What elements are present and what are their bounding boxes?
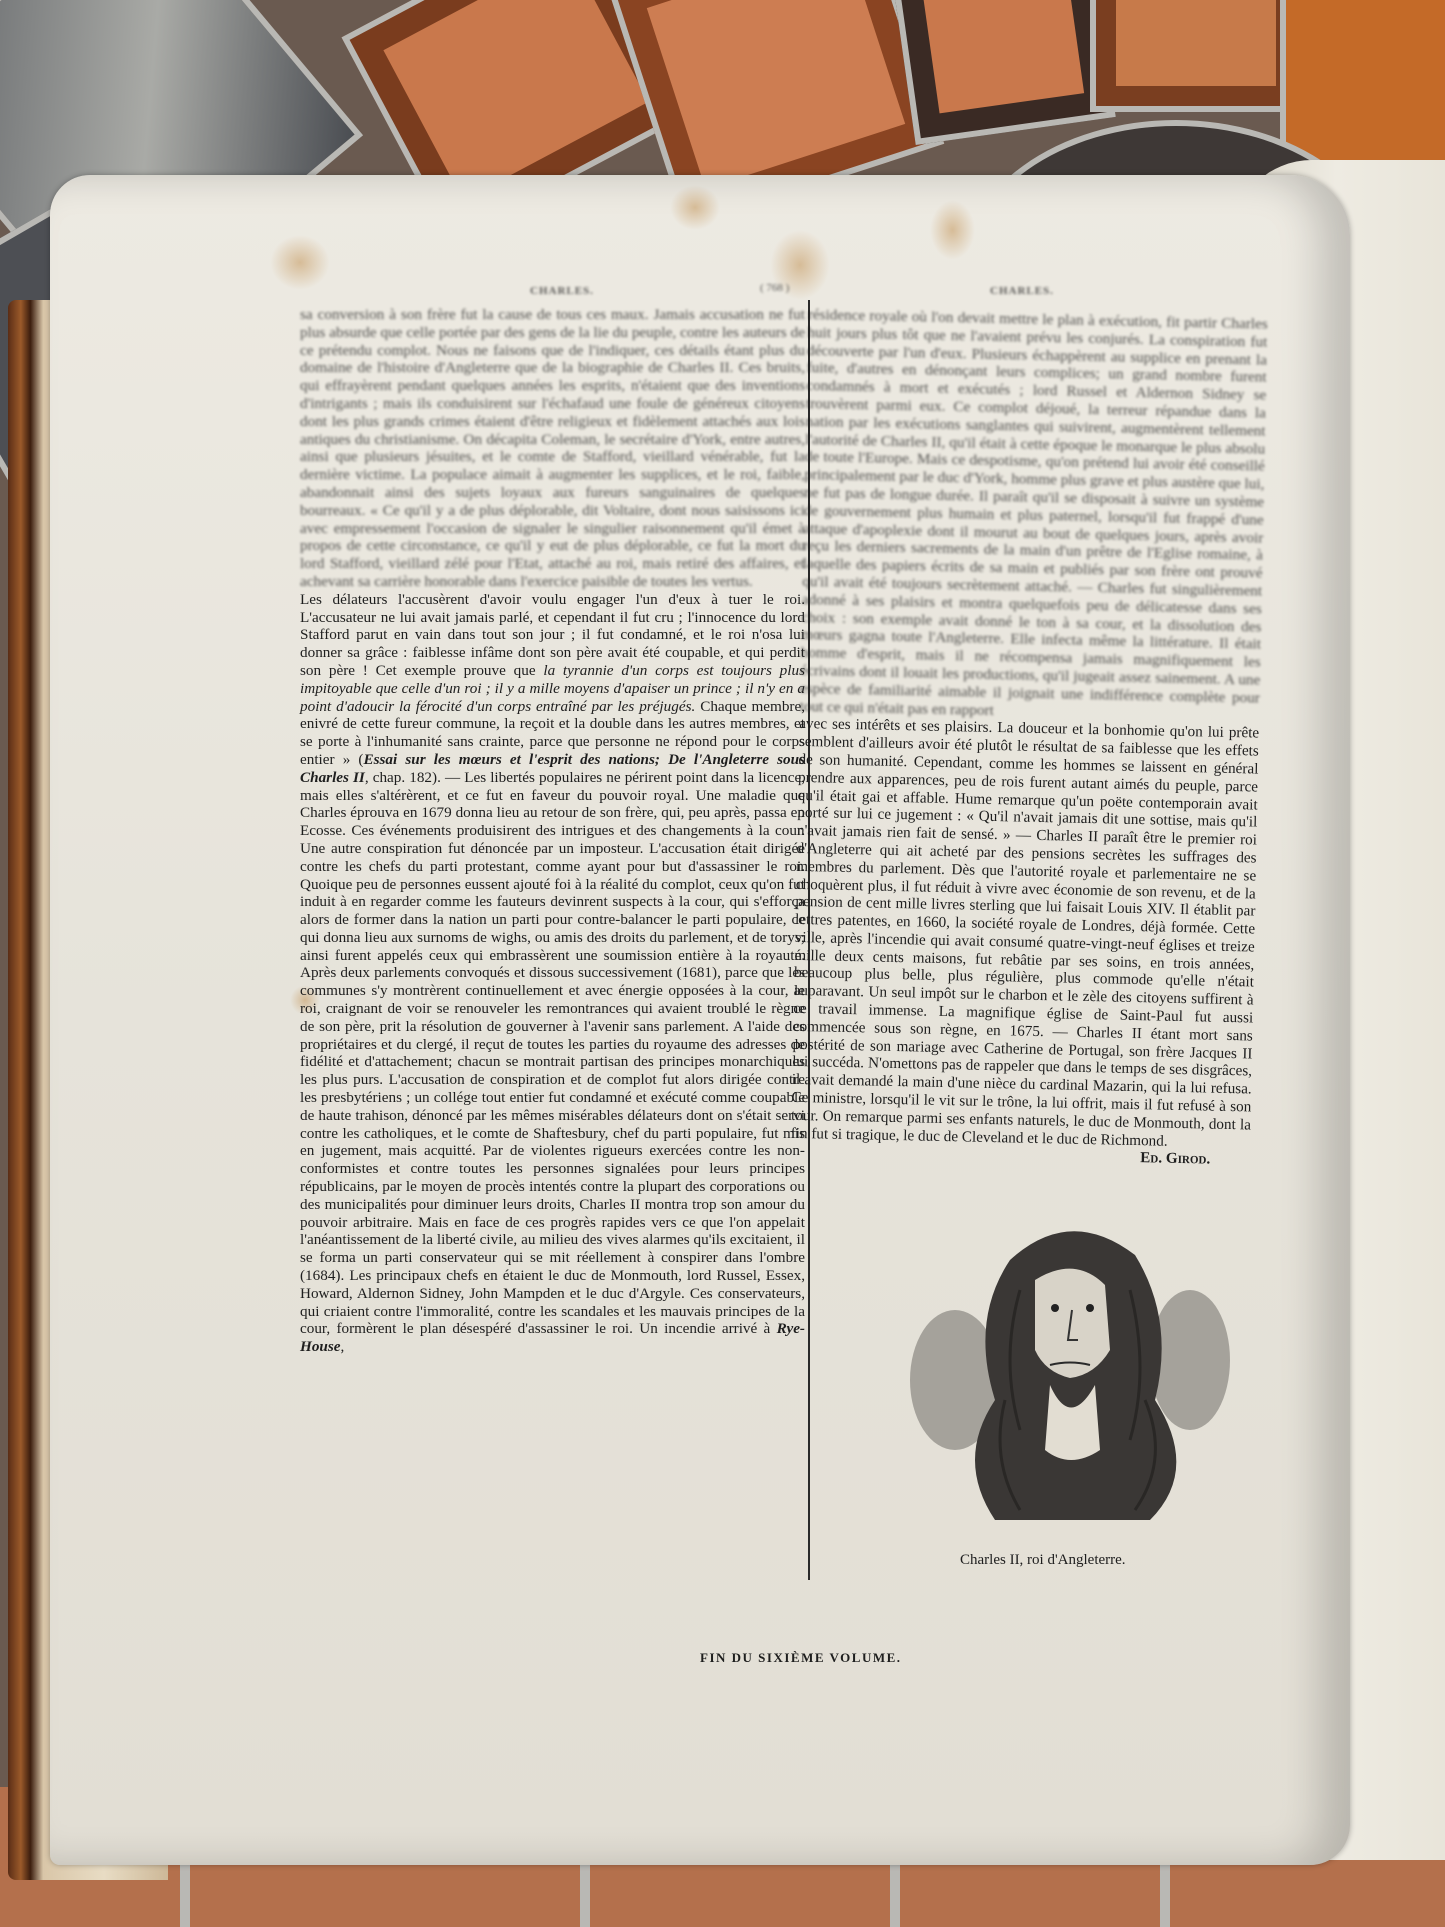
left-column: sa conversion à son frère fut la cause d… bbox=[300, 306, 805, 1356]
tile bbox=[1280, 0, 1445, 172]
blurred-text: sa conversion à son frère fut la cause d… bbox=[300, 306, 805, 591]
body-paragraph: avec ses intérêts et ses plaisirs. La do… bbox=[790, 715, 1259, 1152]
running-head-right: CHARLES. bbox=[990, 285, 1054, 297]
tile bbox=[886, 0, 1116, 145]
portrait-engraving-icon bbox=[900, 1200, 1240, 1540]
blurred-text: résidence royale où l'on devait mettre l… bbox=[799, 306, 1267, 725]
tile bbox=[1090, 0, 1302, 112]
foxing-stain bbox=[270, 235, 330, 290]
foxing-stain bbox=[670, 185, 720, 230]
figure-caption: Charles II, roi d'Angleterre. bbox=[960, 1552, 1126, 1569]
page-number: ( 768 ) bbox=[760, 282, 789, 294]
volume-end-text: FIN DU SIXIÈME VOLUME. bbox=[700, 1650, 902, 1666]
body-paragraph: Les délateurs l'accusèrent d'avoir voulu… bbox=[300, 591, 805, 1356]
running-head-left: CHARLES. bbox=[530, 285, 594, 297]
foxing-stain bbox=[930, 200, 975, 260]
right-column: résidence royale où l'on devait mettre l… bbox=[790, 306, 1268, 1170]
